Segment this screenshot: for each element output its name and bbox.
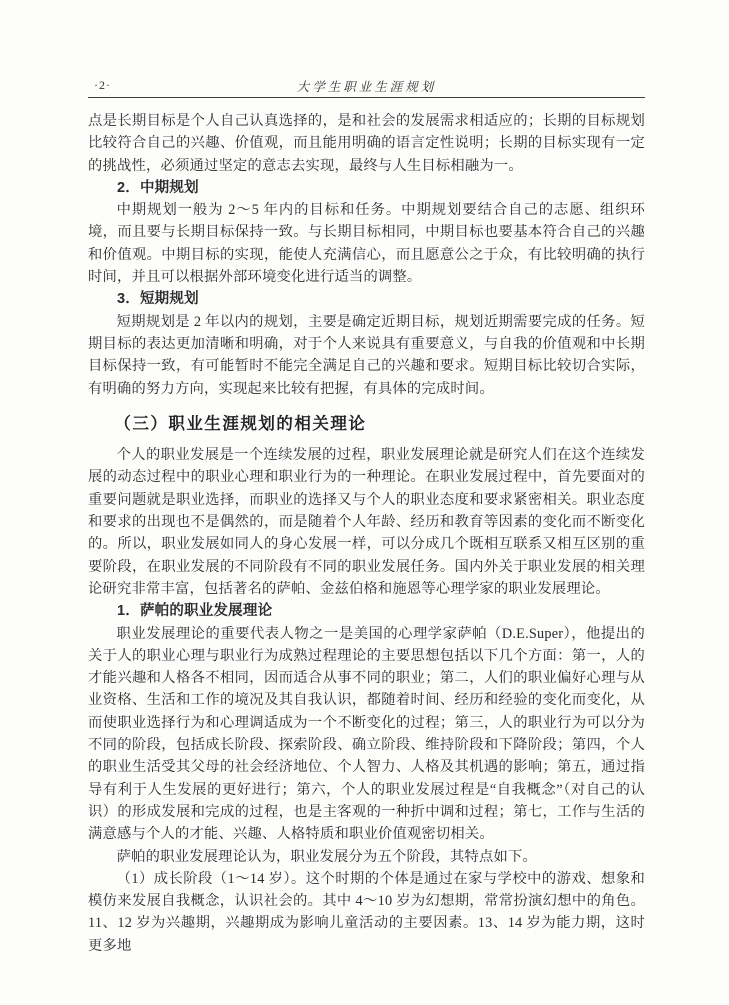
document-page: ·2· 大学生职业生涯规划 点是长期目标是个人自己认真选择的，是和社会的发展需求… <box>0 0 729 1005</box>
subsection-heading-super-theory: 1．萨帕的职业发展理论 <box>88 600 645 622</box>
body-paragraph: 点是长期目标是个人自己认真选择的，是和社会的发展需求相适应的；长期的目标规划比较… <box>88 110 645 177</box>
page-body: 点是长期目标是个人自己认真选择的，是和社会的发展需求相适应的；长期的目标规划比较… <box>88 110 645 957</box>
page-header: ·2· 大学生职业生涯规划 <box>88 76 645 98</box>
body-paragraph: 萨帕的职业发展理论认为，职业发展分为五个阶段，其特点如下。 <box>88 846 645 868</box>
body-paragraph: 短期规划是 2 年以内的规划，主要是确定近期目标，规划近期需要完成的任务。短期目… <box>88 311 645 400</box>
subsection-heading-short-term: 3．短期规划 <box>88 288 645 310</box>
section-heading-related-theories: （三）职业生涯规划的相关理论 <box>88 413 645 435</box>
body-paragraph: 职业发展理论的重要代表人物之一是美国的心理学家萨帕（D.E.Super），他提出… <box>88 623 645 846</box>
subsection-heading-mid-term: 2．中期规划 <box>88 177 645 199</box>
body-paragraph: 中期规划一般为 2～5 年内的目标和任务。中期规划要结合自己的志愿、组织环境，而… <box>88 199 645 288</box>
running-title: 大学生职业生涯规划 <box>88 77 645 95</box>
body-paragraph: （1）成长阶段（1～14 岁）。这个时期的个体是通过在家与学校中的游戏、想象和模… <box>88 868 645 957</box>
body-paragraph: 个人的职业发展是一个连续发展的过程，职业发展理论就是研究人们在这个连续发展的动态… <box>88 444 645 600</box>
